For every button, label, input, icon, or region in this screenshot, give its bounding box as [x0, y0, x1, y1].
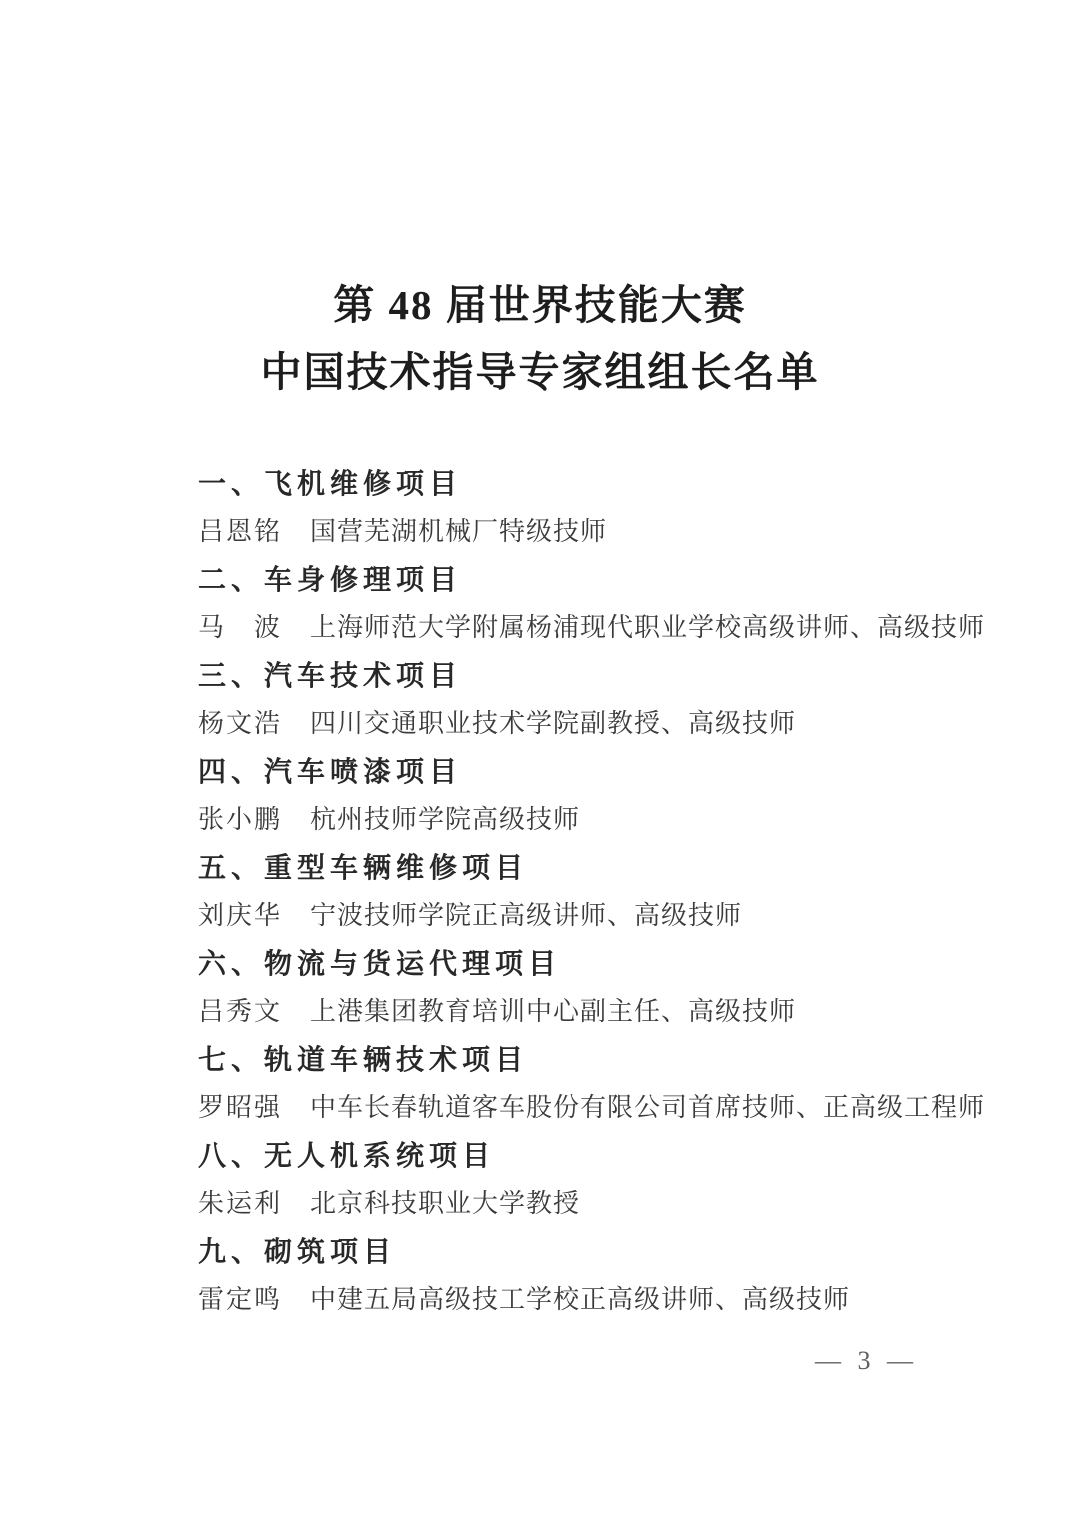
leader-entry: 杨文浩四川交通职业技术学院副教授、高级技师 — [198, 700, 980, 748]
project-section: 八、无人机系统项目 朱运利北京科技职业大学教授 — [198, 1132, 980, 1228]
section-heading: 五、重型车辆维修项目 — [198, 844, 980, 892]
leader-affiliation: 宁波技师学院正高级讲师、高级技师 — [310, 901, 742, 930]
project-section: 九、砌筑项目 雷定鸣中建五局高级技工学校正高级讲师、高级技师 — [198, 1228, 980, 1324]
project-section: 五、重型车辆维修项目 刘庆华宁波技师学院正高级讲师、高级技师 — [198, 844, 980, 940]
leader-name: 吕恩铭 — [198, 508, 282, 556]
leader-affiliation: 国营芜湖机械厂特级技师 — [310, 517, 607, 546]
project-section: 七、轨道车辆技术项目 罗昭强中车长春轨道客车股份有限公司首席技师、正高级工程师 — [198, 1036, 980, 1132]
leader-entry: 罗昭强中车长春轨道客车股份有限公司首席技师、正高级工程师 — [198, 1084, 980, 1132]
section-heading: 九、砌筑项目 — [198, 1228, 980, 1276]
section-heading: 一、飞机维修项目 — [198, 460, 980, 508]
leader-entry: 雷定鸣中建五局高级技工学校正高级讲师、高级技师 — [198, 1276, 980, 1324]
title-line-2: 中国技术指导专家组组长名单 — [0, 339, 1080, 406]
leader-entry: 吕秀文上港集团教育培训中心副主任、高级技师 — [198, 988, 980, 1036]
project-section: 六、物流与货运代理项目 吕秀文上港集团教育培训中心副主任、高级技师 — [198, 940, 980, 1036]
leader-affiliation: 杭州技师学院高级技师 — [310, 805, 580, 834]
leader-entry: 马 波上海师范大学附属杨浦现代职业学校高级讲师、高级技师 — [198, 604, 980, 652]
leader-entry: 朱运利北京科技职业大学教授 — [198, 1180, 980, 1228]
leader-affiliation: 上港集团教育培训中心副主任、高级技师 — [310, 997, 796, 1026]
leader-name: 刘庆华 — [198, 892, 282, 940]
leader-name: 杨文浩 — [198, 700, 282, 748]
sections-list: 一、飞机维修项目 吕恩铭国营芜湖机械厂特级技师 二、车身修理项目 马 波上海师范… — [198, 460, 980, 1324]
project-section: 三、汽车技术项目 杨文浩四川交通职业技术学院副教授、高级技师 — [198, 652, 980, 748]
leader-entry: 张小鹏杭州技师学院高级技师 — [198, 796, 980, 844]
leader-entry: 刘庆华宁波技师学院正高级讲师、高级技师 — [198, 892, 980, 940]
project-section: 四、汽车喷漆项目 张小鹏杭州技师学院高级技师 — [198, 748, 980, 844]
project-section: 一、飞机维修项目 吕恩铭国营芜湖机械厂特级技师 — [198, 460, 980, 556]
leader-affiliation: 中车长春轨道客车股份有限公司首席技师、正高级工程师 — [310, 1093, 985, 1122]
leader-name: 朱运利 — [198, 1180, 282, 1228]
leader-name: 罗昭强 — [198, 1084, 282, 1132]
section-heading: 二、车身修理项目 — [198, 556, 980, 604]
section-heading: 七、轨道车辆技术项目 — [198, 1036, 980, 1084]
leader-name: 雷定鸣 — [198, 1276, 282, 1324]
section-heading: 六、物流与货运代理项目 — [198, 940, 980, 988]
leader-affiliation: 上海师范大学附属杨浦现代职业学校高级讲师、高级技师 — [310, 613, 985, 642]
section-heading: 八、无人机系统项目 — [198, 1132, 980, 1180]
leader-entry: 吕恩铭国营芜湖机械厂特级技师 — [198, 508, 980, 556]
document-title: 第 48 届世界技能大赛 中国技术指导专家组组长名单 — [0, 272, 1080, 406]
document-page: 第 48 届世界技能大赛 中国技术指导专家组组长名单 一、飞机维修项目 吕恩铭国… — [0, 0, 1080, 1527]
project-section: 二、车身修理项目 马 波上海师范大学附属杨浦现代职业学校高级讲师、高级技师 — [198, 556, 980, 652]
leader-affiliation: 北京科技职业大学教授 — [310, 1189, 580, 1218]
page-number: — 3 — — [815, 1346, 918, 1376]
leader-name: 张小鹏 — [198, 796, 282, 844]
leader-name: 马 波 — [198, 604, 282, 652]
section-heading: 三、汽车技术项目 — [198, 652, 980, 700]
leader-name: 吕秀文 — [198, 988, 282, 1036]
title-line-1: 第 48 届世界技能大赛 — [0, 272, 1080, 339]
section-heading: 四、汽车喷漆项目 — [198, 748, 980, 796]
leader-affiliation: 中建五局高级技工学校正高级讲师、高级技师 — [310, 1285, 850, 1314]
leader-affiliation: 四川交通职业技术学院副教授、高级技师 — [310, 709, 796, 738]
